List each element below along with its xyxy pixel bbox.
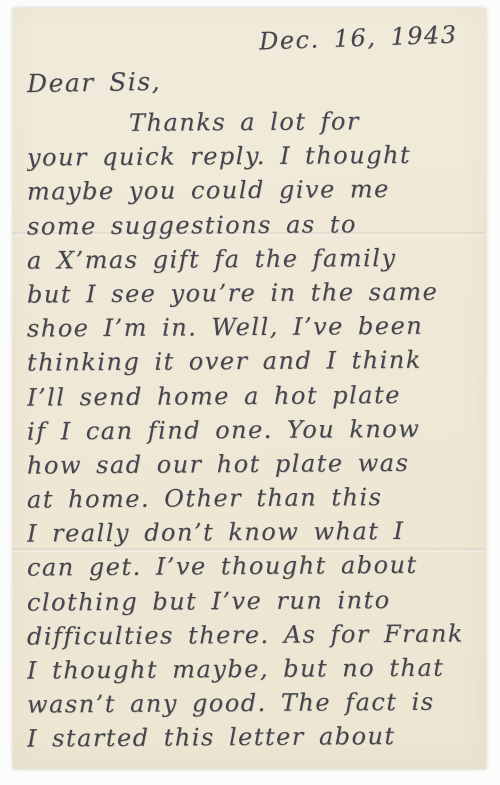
letter-line: I really don’t know what I xyxy=(27,514,480,551)
letter-body: Thanks a lot for your quick reply. I tho… xyxy=(27,105,480,755)
letter-line: I started this letter about xyxy=(27,719,480,756)
letter-line: I’ll send home a hot plate xyxy=(27,377,480,414)
letter-line: some suggestions as to xyxy=(27,206,480,243)
letter-line: wasn’t any good. The fact is xyxy=(27,685,480,722)
letter-line: maybe you could give me xyxy=(27,172,480,209)
letter-salutation: Dear Sis, xyxy=(27,67,162,98)
letter-line: can get. I’ve thought about xyxy=(27,548,480,585)
letter-line: Thanks a lot for xyxy=(27,103,480,140)
letter-line: I thought maybe, but no that xyxy=(27,650,480,687)
letter-line: but I see you’re in the same xyxy=(27,274,480,311)
letter-line: your quick reply. I thought xyxy=(27,138,480,175)
letter-line: a X’mas gift fa the family xyxy=(27,240,480,277)
letter-line: shoe I’m in. Well, I’ve been xyxy=(27,309,480,346)
scanned-letter: Dec. 16, 1943 Dear Sis, Thanks a lot for… xyxy=(0,0,500,785)
letter-paper: Dec. 16, 1943 Dear Sis, Thanks a lot for… xyxy=(13,8,486,769)
letter-date: Dec. 16, 1943 xyxy=(259,21,458,56)
letter-line: difficulties there. As for Frank xyxy=(27,616,480,653)
letter-line: clothing but I’ve run into xyxy=(27,582,480,619)
letter-line: how sad our hot plate was xyxy=(27,445,480,482)
letter-line: if I can find one. You know xyxy=(27,411,480,448)
letter-line: thinking it over and I think xyxy=(27,343,480,380)
letter-line: at home. Other than this xyxy=(27,479,480,516)
